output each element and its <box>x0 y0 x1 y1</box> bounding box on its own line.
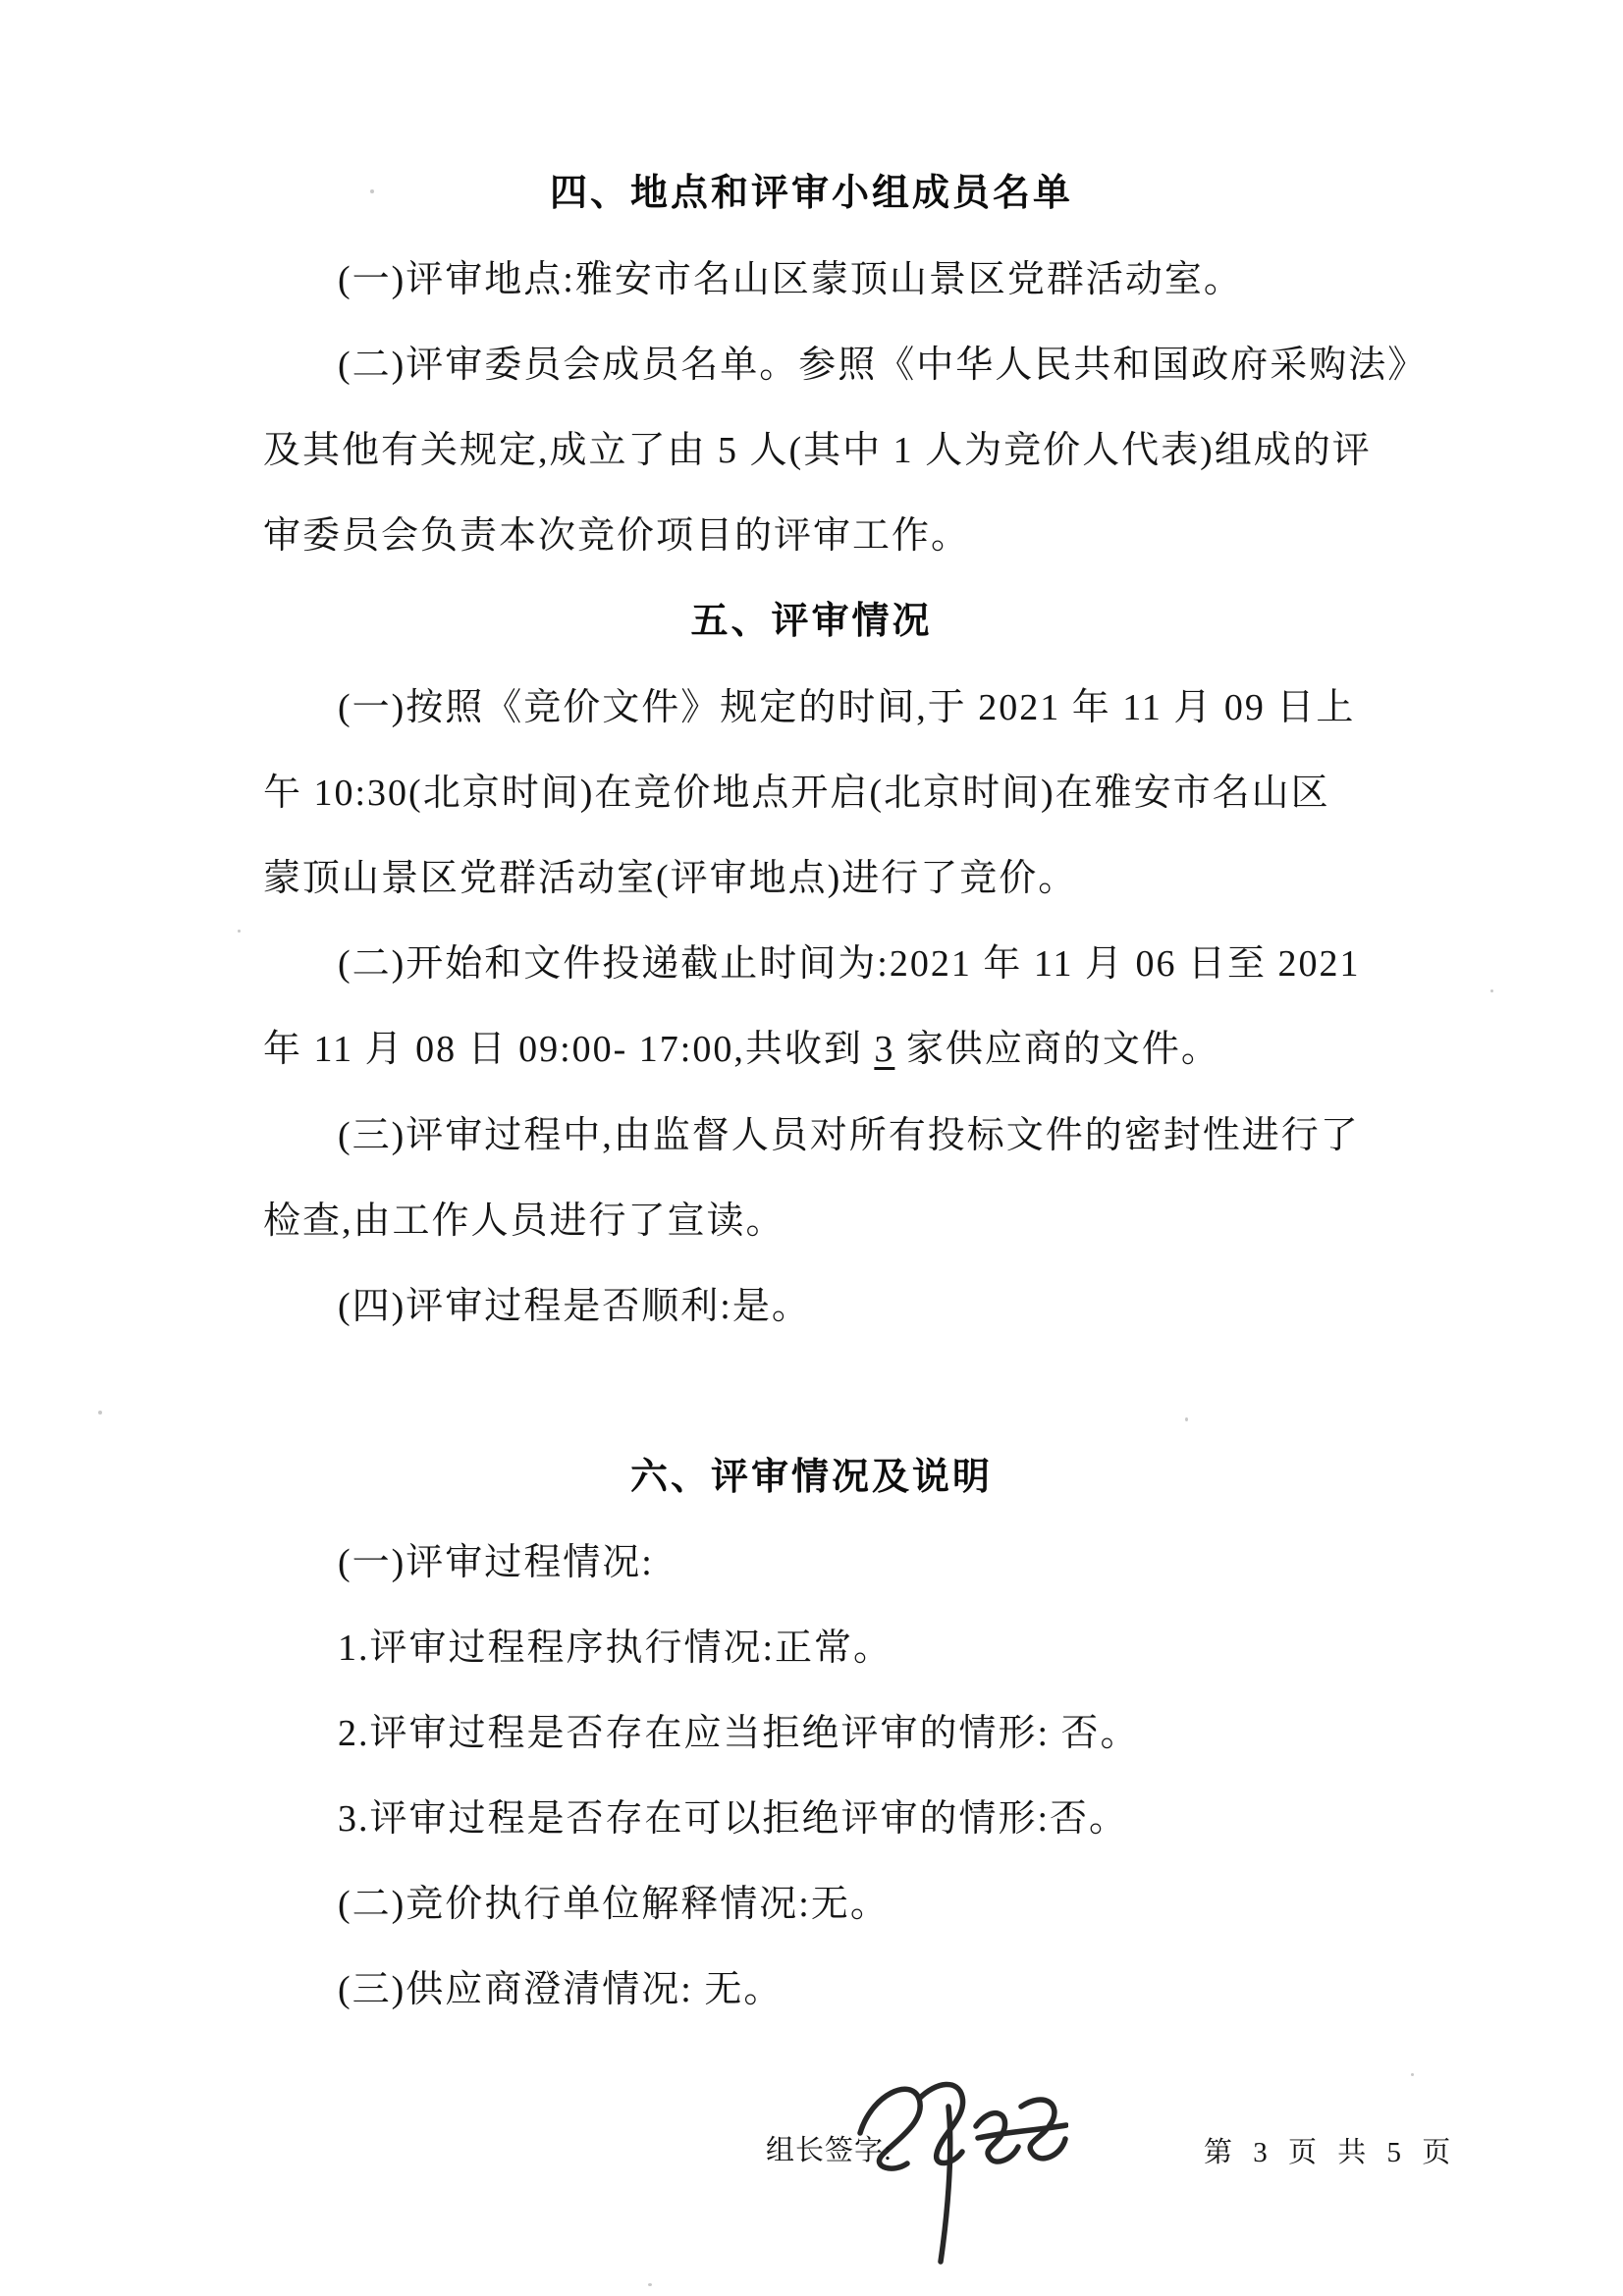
doc-line: (四)评审过程是否顺利:是。 <box>338 1286 811 1329</box>
section-heading-5: 五、评审情况 <box>0 601 1623 644</box>
doc-line-supplier-count: 年 11 月 08 日 09:00- 17:00,共收到 3 家供应商的文件。 <box>263 1029 1220 1072</box>
scan-speck <box>1411 2073 1414 2076</box>
document-page: 四、地点和评审小组成员名单 (一)评审地点:雅安市名山区蒙顶山景区党群活动室。 … <box>0 0 1623 2296</box>
doc-line: 检查,由工作人员进行了宣读。 <box>263 1201 785 1244</box>
scan-speck <box>238 930 241 933</box>
supplier-count-post: 家供应商的文件。 <box>894 1029 1220 1070</box>
scan-speck <box>98 1411 102 1415</box>
section-heading-6: 六、评审情况及说明 <box>0 1457 1623 1500</box>
doc-line: (一)评审地点:雅安市名山区蒙顶山景区党群活动室。 <box>338 259 1243 302</box>
chief-signature-handwriting <box>842 2040 1068 2275</box>
doc-line: 1.评审过程程序执行情况:正常。 <box>338 1628 893 1671</box>
doc-line: (一)评审过程情况: <box>338 1542 654 1585</box>
scan-speck <box>1490 989 1493 992</box>
doc-line: 蒙顶山景区党群活动室(评审地点)进行了竞价。 <box>263 858 1077 901</box>
doc-line: (一)按照《竞价文件》规定的时间,于 2021 年 11 月 09 日上 <box>338 687 1355 730</box>
page-number-indicator: 第 3 页 共 5 页 <box>1204 2130 1457 2170</box>
doc-line: (二)评审委员会成员名单。参照《中华人民共和国政府采购法》 <box>338 345 1427 388</box>
supplier-count-value: 3 <box>874 1029 894 1070</box>
section-heading-4: 四、地点和评审小组成员名单 <box>0 173 1623 216</box>
doc-line: (三)评审过程中,由监督人员对所有投标文件的密封性进行了 <box>338 1115 1360 1158</box>
doc-line: (二)开始和文件投递截止时间为:2021 年 11 月 06 日至 2021 <box>338 943 1360 987</box>
doc-line: 3.评审过程是否存在可以拒绝评审的情形:否。 <box>338 1798 1128 1842</box>
doc-line: (二)竞价执行单位解释情况:无。 <box>338 1884 890 1927</box>
scan-speck <box>370 189 374 193</box>
scan-speck <box>841 606 844 609</box>
supplier-count-pre: 年 11 月 08 日 09:00- 17:00,共收到 <box>263 1029 874 1070</box>
doc-line: 审委员会负责本次竞价项目的评审工作。 <box>263 515 970 559</box>
doc-line: 及其他有关规定,成立了由 5 人(其中 1 人为竞价人代表)组成的评 <box>263 430 1372 473</box>
doc-line: 2.评审过程是否存在应当拒绝评审的情形: 否。 <box>338 1713 1140 1756</box>
doc-line: 午 10:30(北京时间)在竞价地点开启(北京时间)在雅安市名山区 <box>263 773 1330 816</box>
scan-speck <box>648 2283 652 2286</box>
scan-speck <box>1230 447 1234 452</box>
doc-line: (三)供应商澄清情况: 无。 <box>338 1969 783 2012</box>
scan-speck <box>1185 1417 1188 1421</box>
